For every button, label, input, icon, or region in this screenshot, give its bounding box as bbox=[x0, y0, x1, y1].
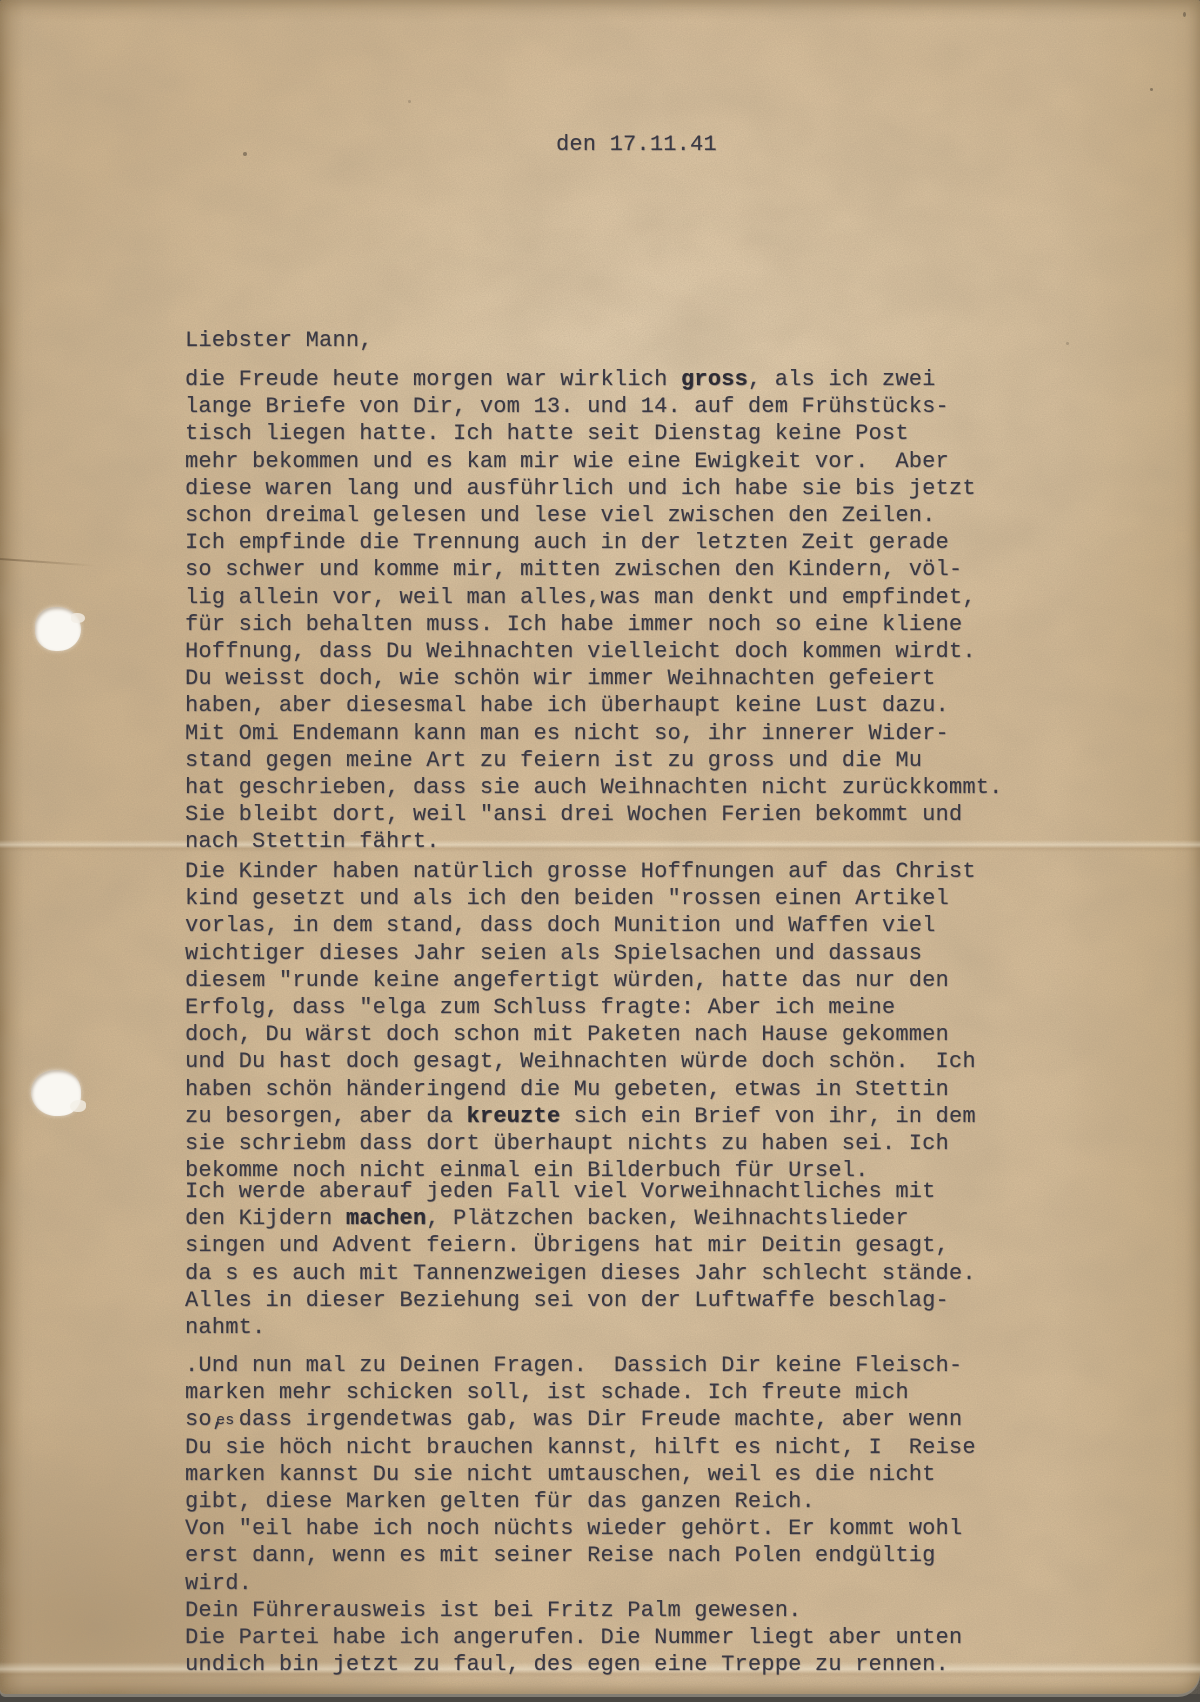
letter-line: kind gesetzt und als ich den beiden "ros… bbox=[185, 885, 976, 912]
letter-line: Du weisst doch, wie schön wir immer Weih… bbox=[185, 665, 1003, 692]
letter-line: schon dreimal gelesen und lese viel zwis… bbox=[185, 502, 1003, 529]
paragraph-4: .Und nun mal zu Deinen Fragen. Dassich D… bbox=[185, 1352, 976, 1678]
letter-line: Hoffnung, dass Du Weihnachten vielleicht… bbox=[185, 638, 1003, 665]
paragraph-2: Die Kinder haben natürlich grosse Hoffnu… bbox=[185, 858, 976, 1184]
letter-line: wichtiger dieses Jahr seien als Spielsac… bbox=[185, 940, 976, 967]
letter-line: Ich werde aberauf jeden Fall viel Vorwei… bbox=[185, 1178, 976, 1205]
letter-line: die Freude heute morgen war wirklich gro… bbox=[185, 366, 1003, 393]
letter-line: diese waren lang und ausführlich und ich… bbox=[185, 475, 1003, 502]
letter-line: undich bin jetzt zu faul, des egen eine … bbox=[185, 1651, 976, 1678]
letter-sheet: den 17.11.41 Liebster Mann, die Freude h… bbox=[0, 0, 1200, 1694]
letter-line: marken kannst Du sie nicht umtauschen, w… bbox=[185, 1461, 976, 1488]
letter-line: so, dass irgendetwas gab, was Dir Freude… bbox=[185, 1406, 976, 1433]
letter-line: Die Partei habe ich angerufen. Die Numme… bbox=[185, 1624, 976, 1651]
salutation: Liebster Mann, bbox=[185, 327, 373, 354]
letter-line: da s es auch mit Tannenzweigen dieses Ja… bbox=[185, 1260, 976, 1287]
letter-line: Erfolg, dass "elga zum Schluss fragte: A… bbox=[185, 994, 976, 1021]
letter-line: haben schön händeringend die Mu gebeten,… bbox=[185, 1076, 976, 1103]
letter-body: den 17.11.41 Liebster Mann, die Freude h… bbox=[0, 0, 1200, 1702]
letter-line: Ich empfinde die Trennung auch in der le… bbox=[185, 529, 1003, 556]
letter-line: sie schriebm dass dort überhaupt nichts … bbox=[185, 1130, 976, 1157]
letter-line: für sich behalten muss. Ich habe immer n… bbox=[185, 611, 1003, 638]
letter-line: vorlas, in dem stand, dass doch Munition… bbox=[185, 912, 976, 939]
letter-line: Von "eil habe ich noch nüchts wieder geh… bbox=[185, 1515, 976, 1542]
letter-line: marken mehr schicken soll, ist schade. I… bbox=[185, 1379, 976, 1406]
letter-line: gibt, diese Marken gelten für das ganzen… bbox=[185, 1488, 976, 1515]
letter-line: Mit Omi Endemann kann man es nicht so, i… bbox=[185, 720, 1003, 747]
paragraph-3: Ich werde aberauf jeden Fall viel Vorwei… bbox=[185, 1178, 976, 1341]
interlinear-insertion: es bbox=[216, 1413, 234, 1428]
letter-line: hat geschrieben, dass sie auch Weihnacht… bbox=[185, 774, 1003, 801]
letter-line: .Und nun mal zu Deinen Fragen. Dassich D… bbox=[185, 1352, 976, 1379]
letter-line: so schwer und komme mir, mitten zwischen… bbox=[185, 556, 1003, 583]
letter-line: diesem "runde keine angefertigt würden, … bbox=[185, 967, 976, 994]
letter-line: und Du hast doch gesagt, Weihnachten wür… bbox=[185, 1048, 976, 1075]
letter-line: wird. bbox=[185, 1570, 976, 1597]
date-line: den 17.11.41 bbox=[556, 131, 717, 158]
letter-line: Sie bleibt dort, weil "ansi drei Wochen … bbox=[185, 801, 1003, 828]
letter-line: lange Briefe von Dir, vom 13. und 14. au… bbox=[185, 393, 1003, 420]
letter-line: zu besorgen, aber da kreuzte sich ein Br… bbox=[185, 1103, 976, 1130]
scanned-letter-page: { "document": { "kind": "typewritten let… bbox=[0, 0, 1200, 1702]
letter-line: den Kijdern machen, Plätzchen backen, We… bbox=[185, 1205, 976, 1232]
letter-line: Die Kinder haben natürlich grosse Hoffnu… bbox=[185, 858, 976, 885]
letter-line: tisch liegen hatte. Ich hatte seit Diens… bbox=[185, 420, 1003, 447]
letter-line: Alles in dieser Beziehung sei von der Lu… bbox=[185, 1287, 976, 1314]
letter-line: mehr bekommen und es kam mir wie eine Ew… bbox=[185, 448, 1003, 475]
letter-line: singen und Advent feiern. Übrigens hat m… bbox=[185, 1232, 976, 1259]
letter-line: stand gegen meine Art zu feiern ist zu g… bbox=[185, 747, 1003, 774]
letter-line: doch, Du wärst doch schon mit Paketen na… bbox=[185, 1021, 976, 1048]
letter-line: Du sie höch nicht brauchen kannst, hilft… bbox=[185, 1434, 976, 1461]
paragraph-1: die Freude heute morgen war wirklich gro… bbox=[185, 366, 1003, 856]
letter-line: lig allein vor, weil man alles,was man d… bbox=[185, 584, 1003, 611]
letter-line: haben, aber diesesmal habe ich überhaupt… bbox=[185, 692, 1003, 719]
letter-line: nahmt. bbox=[185, 1314, 976, 1341]
letter-line: nach Stettin fährt. bbox=[185, 828, 1003, 855]
letter-line: erst dann, wenn es mit seiner Reise nach… bbox=[185, 1542, 976, 1569]
letter-line: Dein Führerausweis ist bei Fritz Palm ge… bbox=[185, 1597, 976, 1624]
